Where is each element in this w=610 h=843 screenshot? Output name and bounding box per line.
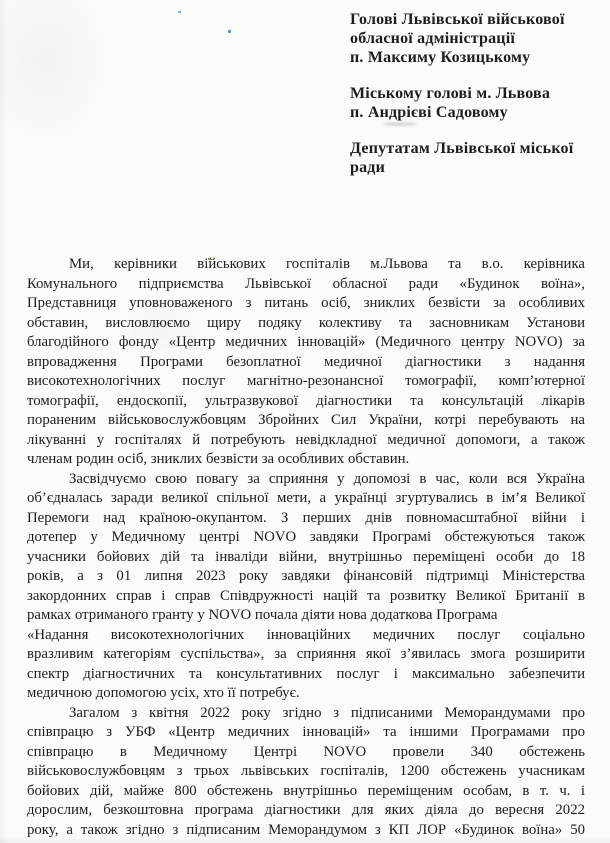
body-paragraph: Ми, керівники військових госпіталів м.Ль… [27,255,585,470]
body-line: року, а також згідно з підписаним Мемора… [27,821,585,841]
recipient-block: Міському голові м. Львовап. Андрієві Сад… [350,84,595,122]
body-line: томографії, ендоскопії, ультразвукової д… [27,392,585,412]
body-line: бойових дій, майже 800 обстежень внутріш… [27,782,585,802]
body-line: Перемоги над країною-окупантом. З перших… [27,509,585,529]
body-line: спектр діагностичних та консультативних … [27,665,585,685]
scan-speck-blue [178,11,181,13]
body-line: Загалом з квітня 2022 року згідно з підп… [27,704,585,724]
body-line: закордонних справ і справ Співдружності … [27,587,585,607]
body-line: Комунального підприємства Львівської обл… [27,275,585,295]
scanned-letter-page: Голові Львівської військовоїобласної адм… [0,0,610,843]
body-line: військовослужбовцям з трьох львівських г… [27,762,585,782]
scan-speck-blue [228,30,231,33]
body-line: дотепер у Медичному центрі NOVO завдяки … [27,528,585,548]
recipient-line: Голові Львівської військової [350,10,595,29]
body-line: лікуванні у госпіталях й потребують неві… [27,431,585,451]
body-line: вразливим категоріям суспільства», за сп… [27,645,585,665]
body-line: обставин, висловлюємо щиру подяку колект… [27,314,585,334]
recipient-line: Депутатам Львівської міської [350,139,595,158]
body-line: благодійного фонду «Центр медичних іннов… [27,333,585,353]
body-line: об’єдналась заради великої спільної мети… [27,489,585,509]
body-line: медичною допомогою усіх, хто її потребує… [27,684,585,704]
recipient-line: п. Андрієві Садовому [350,103,595,122]
body-line: високотехнологічних послуг магнітно-резо… [27,372,585,392]
recipient-address-block: Голові Львівської військовоїобласної адм… [350,10,595,194]
body-line: дорослим, безкоштовна програма діагности… [27,801,585,821]
body-line: пораненим військовослужбовцям Збройних С… [27,411,585,431]
body-paragraph: Загалом з квітня 2022 року згідно з підп… [27,704,585,841]
body-line: учасники бойових дій та інваліди війни, … [27,548,585,568]
recipient-block: Голові Львівської військовоїобласної адм… [350,10,595,67]
body-line: «Надання високотехнологічних інноваційни… [27,626,585,646]
body-line: членам родин осіб, зниклих безвісти за о… [27,450,585,470]
body-line: співпрацю в Медичному Центрі NOVO провел… [27,743,585,763]
recipient-line: п. Максиму Козицькому [350,48,595,67]
body-line: співпрацю з УБФ «Центр медичних інноваці… [27,723,585,743]
body-line: впровадження Програми безоплатної медичн… [27,353,585,373]
recipient-line: Міському голові м. Львова [350,84,595,103]
body-line: Представниця уповноваженого з питань осі… [27,294,585,314]
body-line: рамках отриманого гранту у NOVO почала д… [27,606,585,626]
body-line: Ми, керівники військових госпіталів м.Ль… [27,255,585,275]
body-line: Засвідчуємо свою повагу за сприяння у до… [27,470,585,490]
body-paragraph: Засвідчуємо свою повагу за сприяння у до… [27,470,585,704]
recipient-line: обласної адміністрації [350,29,595,48]
recipient-block: Депутатам Львівської міськоїради [350,139,595,177]
recipient-line: ради [350,158,595,177]
letter-body: Ми, керівники військових госпіталів м.Ль… [27,255,585,840]
body-line: років, а з 01 липня 2023 року завдяки фі… [27,567,585,587]
